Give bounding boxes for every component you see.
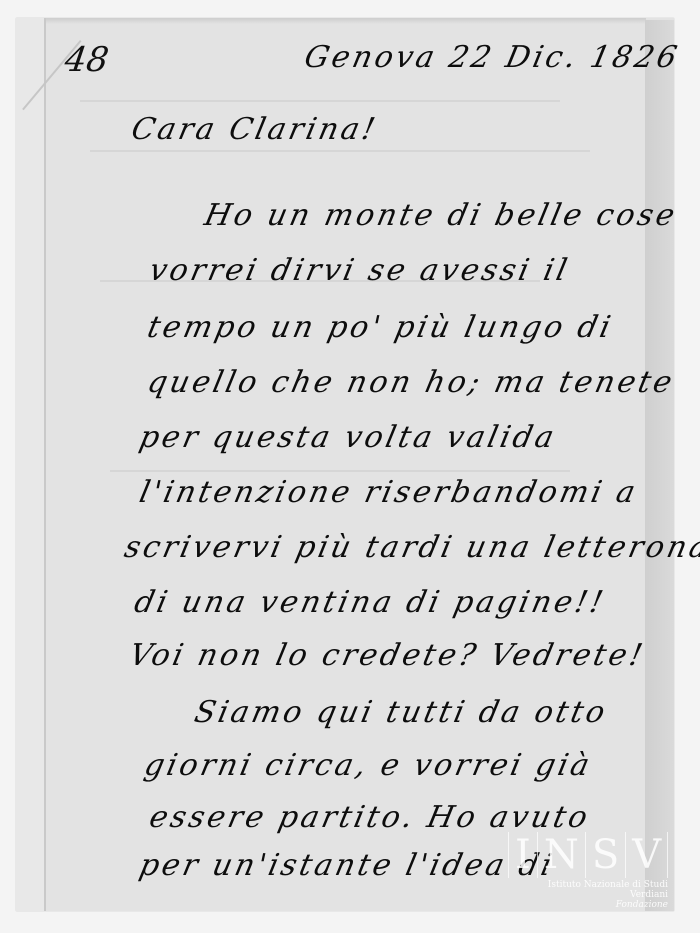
salutation: Cara Clarina!: [128, 112, 381, 147]
watermark-institution: Istituto Nazionale di Studi Verdiani: [508, 880, 668, 900]
letter-line: tempo un po' più lungo di: [144, 310, 616, 345]
watermark-letter: N: [537, 832, 585, 878]
watermark-letter: S: [585, 832, 625, 878]
insv-watermark: I N S V Istituto Nazionale di Studi Verd…: [508, 832, 668, 912]
page-top-shadow: [46, 18, 646, 24]
letter-line: l'intenzione riserbandomi a: [136, 475, 641, 510]
letter-line: vorrei dirvi se avessi il: [146, 253, 573, 288]
letter-line: di una ventina di pagine!!: [131, 585, 609, 620]
page-right-edge: [645, 20, 674, 911]
letter-line: quello che non ho; ma tenete: [144, 365, 678, 400]
letter-line: per un'istante l'idea di: [136, 848, 557, 883]
letter-line: essere partito. Ho avuto: [146, 800, 593, 835]
letter-line: giorni circa, e vorrei già: [141, 748, 595, 783]
letter-line: scrivervi più tardi una letterona: [121, 530, 700, 565]
bleed-through-line: [90, 150, 590, 152]
watermark-logo: I N S V: [508, 832, 668, 878]
letter-line: Voi non lo credete? Vedrete!: [126, 638, 648, 673]
letter-line: Siamo qui tutti da otto: [191, 695, 611, 730]
watermark-foundation: Fondazione: [508, 900, 668, 910]
bleed-through-line: [80, 100, 560, 102]
bleed-through-line: [110, 470, 570, 472]
watermark-letter: V: [625, 832, 668, 878]
binding-edge: [16, 18, 46, 911]
watermark-letter: I: [508, 832, 537, 878]
letter-line: per questa volta valida: [136, 420, 560, 455]
dateline: Genova 22 Dic. 1826: [301, 40, 683, 75]
folio-number: 48: [62, 40, 111, 80]
letter-line: Ho un monte di belle cose: [201, 198, 680, 233]
